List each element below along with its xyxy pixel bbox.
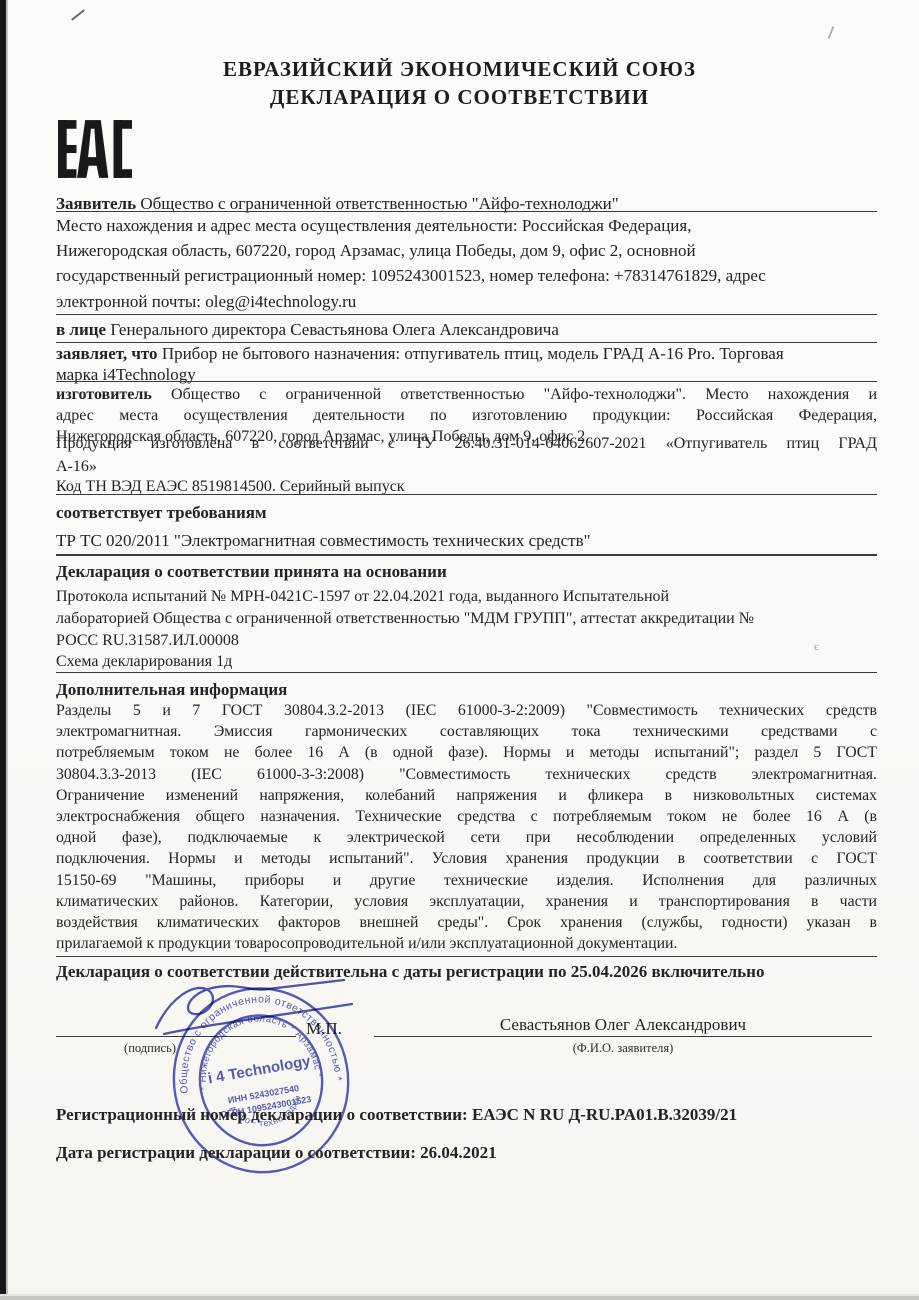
manufacturer-text: Общество с ограниченной ответственностью… — [152, 386, 877, 403]
registration-date-label: Дата регистрации декларации о соответств… — [56, 1143, 416, 1162]
basis-text: Протокола испытаний № МРН-0421С-1597 от … — [56, 586, 877, 652]
page-title-line1: ЕВРАЗИЙСКИЙ ЭКОНОМИЧЕСКИЙ СОЮЗ — [50, 56, 869, 82]
in-person-text: Генерального директора Севастьянова Олег… — [106, 320, 559, 339]
produced-block: Продукция изготовлена в соответствии с Т… — [56, 432, 877, 478]
additional-line: Ограничение изменений напряжения, колеба… — [56, 785, 877, 806]
declares-text: Прибор не бытового назначения: отпугиват… — [158, 344, 784, 363]
additional-line: потребляемым током не более 16 А (в одно… — [56, 742, 877, 763]
section-divider — [56, 342, 877, 343]
registration-number-value: ЕАЭС N RU Д-RU.PA01.B.32039/21 — [468, 1105, 737, 1124]
additional-line: подключения. Нормы и методы испытаний". … — [56, 848, 877, 869]
manufacturer-line1: изготовитель Общество с ограниченной отв… — [56, 384, 877, 405]
pen-mark-top-left — [71, 9, 85, 20]
fio-line — [374, 1036, 872, 1037]
declares-line1: заявляет, что Прибор не бытового назначе… — [56, 344, 877, 365]
in-person-line: в лице Генерального директора Севастьяно… — [56, 317, 877, 342]
section-divider — [56, 211, 877, 212]
additional-line: одной фазе), подключаемые к электрическо… — [56, 827, 877, 848]
fio-caption: (Ф.И.О. заявителя) — [374, 1041, 872, 1056]
additional-line: воздействия климатических факторов внешн… — [56, 912, 877, 933]
produced-line1: Продукция изготовлена в соответствии с Т… — [56, 432, 877, 455]
additional-heading: Дополнительная информация — [56, 678, 877, 702]
fio-value: Севастьянов Олег Александрович — [374, 1012, 872, 1037]
basis-heading: Декларация о соответствии принята на осн… — [56, 560, 877, 584]
eac-mark-icon — [58, 111, 132, 187]
handwritten-signature — [148, 974, 363, 1046]
additional-line: климатических районов. Категории, услови… — [56, 891, 877, 912]
additional-text: Разделы 5 и 7 ГОСТ 30804.3.2-2013 (IEC 6… — [56, 700, 877, 954]
applicant-address: Место нахождения и адрес места осуществл… — [56, 213, 877, 314]
registration-number-label: Регистрационный номер декларации о соотв… — [56, 1105, 468, 1124]
additional-line: 15150-69 "Машины, приборы и другие техни… — [56, 870, 877, 891]
produced-line2: А-16» — [56, 455, 877, 478]
additional-line: электромагнитная. Эмиссия гармонических … — [56, 721, 877, 742]
manufacturer-line2: адрес места осуществления деятельности п… — [56, 405, 877, 426]
in-person-label: в лице — [56, 320, 106, 339]
declaration-document: є ЕВРАЗИЙСКИЙ ЭКОНОМИЧЕСКИЙ СОЮЗ ДЕКЛАРА… — [0, 0, 919, 1300]
additional-line: 30804.3.3-2013 (IEC 61000-3-3:2008) "Сов… — [56, 764, 877, 785]
section-divider — [56, 494, 877, 495]
declares-label: заявляет, что — [56, 344, 158, 363]
scan-left-edge-shadow — [6, 0, 8, 1300]
registration-date-value: 26.04.2021 — [416, 1143, 497, 1162]
page-title-line2: ДЕКЛАРАЦИЯ О СООТВЕТСТВИИ — [50, 84, 869, 110]
section-divider — [56, 381, 877, 382]
compliance-text: ТР ТС 020/2011 "Электромагнитная совмест… — [56, 528, 877, 553]
section-divider — [56, 314, 877, 315]
section-divider — [56, 956, 877, 957]
compliance-heading: соответствует требованиям — [56, 501, 877, 525]
pen-mark-top-right — [828, 26, 835, 39]
declares-block: заявляет, что Прибор не бытового назначе… — [56, 344, 877, 385]
manufacturer-label: изготовитель — [56, 386, 152, 403]
registration-date-line: Дата регистрации декларации о соответств… — [56, 1141, 877, 1165]
registration-number-line: Регистрационный номер декларации о соотв… — [56, 1103, 877, 1127]
scheme-line: Схема декларирования 1д — [56, 651, 877, 672]
scan-bottom-edge — [0, 1296, 919, 1300]
section-divider — [56, 554, 877, 556]
section-divider — [56, 672, 877, 673]
additional-line: Разделы 5 и 7 ГОСТ 30804.3.2-2013 (IEC 6… — [56, 700, 877, 721]
additional-line: электроснабжения общего назначения. Техн… — [56, 806, 877, 827]
additional-line: прилагаемой к продукции товаросопроводит… — [56, 933, 877, 954]
